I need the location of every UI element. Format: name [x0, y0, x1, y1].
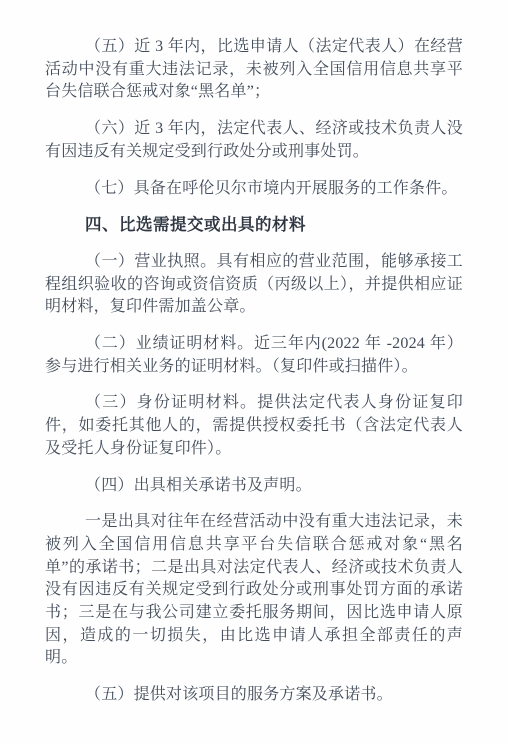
clause-item-5: （五）近 3 年内，比选申请人（法定代表人）在经营活动中没有重大违法记录，未被列…: [45, 36, 463, 104]
material-item-1: （一）营业执照。具有相应的营业范围，能够承接工程组织验收的咨询或资信资质（丙级以…: [45, 251, 463, 319]
material-item-3: （三）身份证明材料。提供法定代表人身份证复印件，如委托其他人的，需提供授权委托书…: [45, 392, 463, 460]
clause-item-7: （七）具备在呼伦贝尔市境内开展服务的工作条件。: [45, 178, 463, 201]
section-heading-materials: 四、比选需提交或出具的材料: [45, 214, 463, 237]
document-page: （五）近 3 年内，比选申请人（法定代表人）在经营活动中没有重大违法记录，未被列…: [0, 0, 508, 744]
material-item-5: （五）提供对该项目的服务方案及承诺书。: [45, 684, 463, 707]
material-item-2: （二）业绩证明材料。近三年内(2022 年 -2024 年）参与进行相关业务的证…: [45, 333, 463, 378]
clause-item-6: （六）近 3 年内，法定代表人、经济或技术负责人没有因违反有关规定受到行政处分或…: [45, 118, 463, 163]
commitment-statements: 一是出具对往年在经营活动中没有重大违法记录，未被列入全国信用信息共享平台失信联合…: [45, 511, 463, 670]
material-item-4: （四）出具相关承诺书及声明。: [45, 475, 463, 498]
